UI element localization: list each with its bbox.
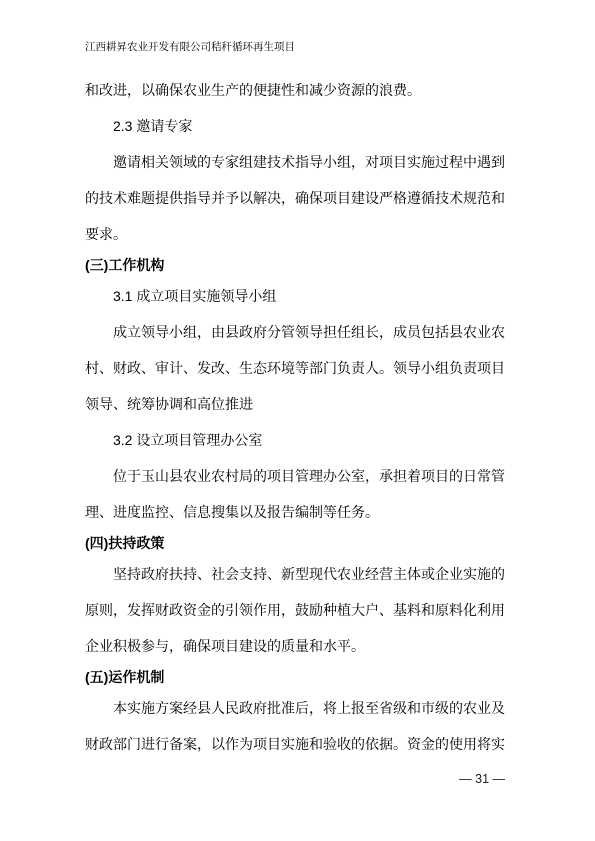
paragraph: 本实施方案经县人民政府批准后，将上报至省级和市级的农业及财政部门进行备案，以作为… bbox=[85, 690, 505, 762]
paragraph: 坚持政府扶持、社会支持、新型现代农业经营主体或企业实施的原则，发挥财政资金的引领… bbox=[85, 556, 505, 664]
sub-heading: 3.1 成立项目实施领导小组 bbox=[85, 278, 505, 314]
paragraph: 成立领导小组，由县政府分管领导担任组长，成员包括县农业农村、财政、审计、发改、生… bbox=[85, 314, 505, 422]
header-title: 江西耕昇农业开发有限公司秸秆循环再生项目 bbox=[85, 41, 295, 53]
sub-heading: 3.2 设立项目管理办公室 bbox=[85, 422, 505, 458]
page-number: — 31 — bbox=[459, 772, 505, 786]
paragraph: 邀请相关领域的专家组建技术指导小组，对项目实施过程中遇到的技术难题提供指导并予以… bbox=[85, 144, 505, 252]
document-body: 和改进，以确保农业生产的便捷性和减少资源的浪费。2.3 邀请专家邀请相关领域的专… bbox=[85, 72, 505, 762]
page-header: 江西耕昇农业开发有限公司秸秆循环再生项目 bbox=[85, 41, 505, 54]
section-heading: (五)运作机制 bbox=[85, 664, 505, 690]
section-heading: (四)扶持政策 bbox=[85, 530, 505, 556]
section-heading: (三)工作机构 bbox=[85, 252, 505, 278]
paragraph: 和改进，以确保农业生产的便捷性和减少资源的浪费。 bbox=[85, 72, 505, 108]
sub-heading: 2.3 邀请专家 bbox=[85, 108, 505, 144]
paragraph: 位于玉山县农业农村局的项目管理办公室，承担着项目的日常管理、进度监控、信息搜集以… bbox=[85, 458, 505, 530]
document-page: 江西耕昇农业开发有限公司秸秆循环再生项目 和改进，以确保农业生产的便捷性和减少资… bbox=[0, 0, 595, 841]
page-footer: — 31 — bbox=[459, 771, 505, 787]
